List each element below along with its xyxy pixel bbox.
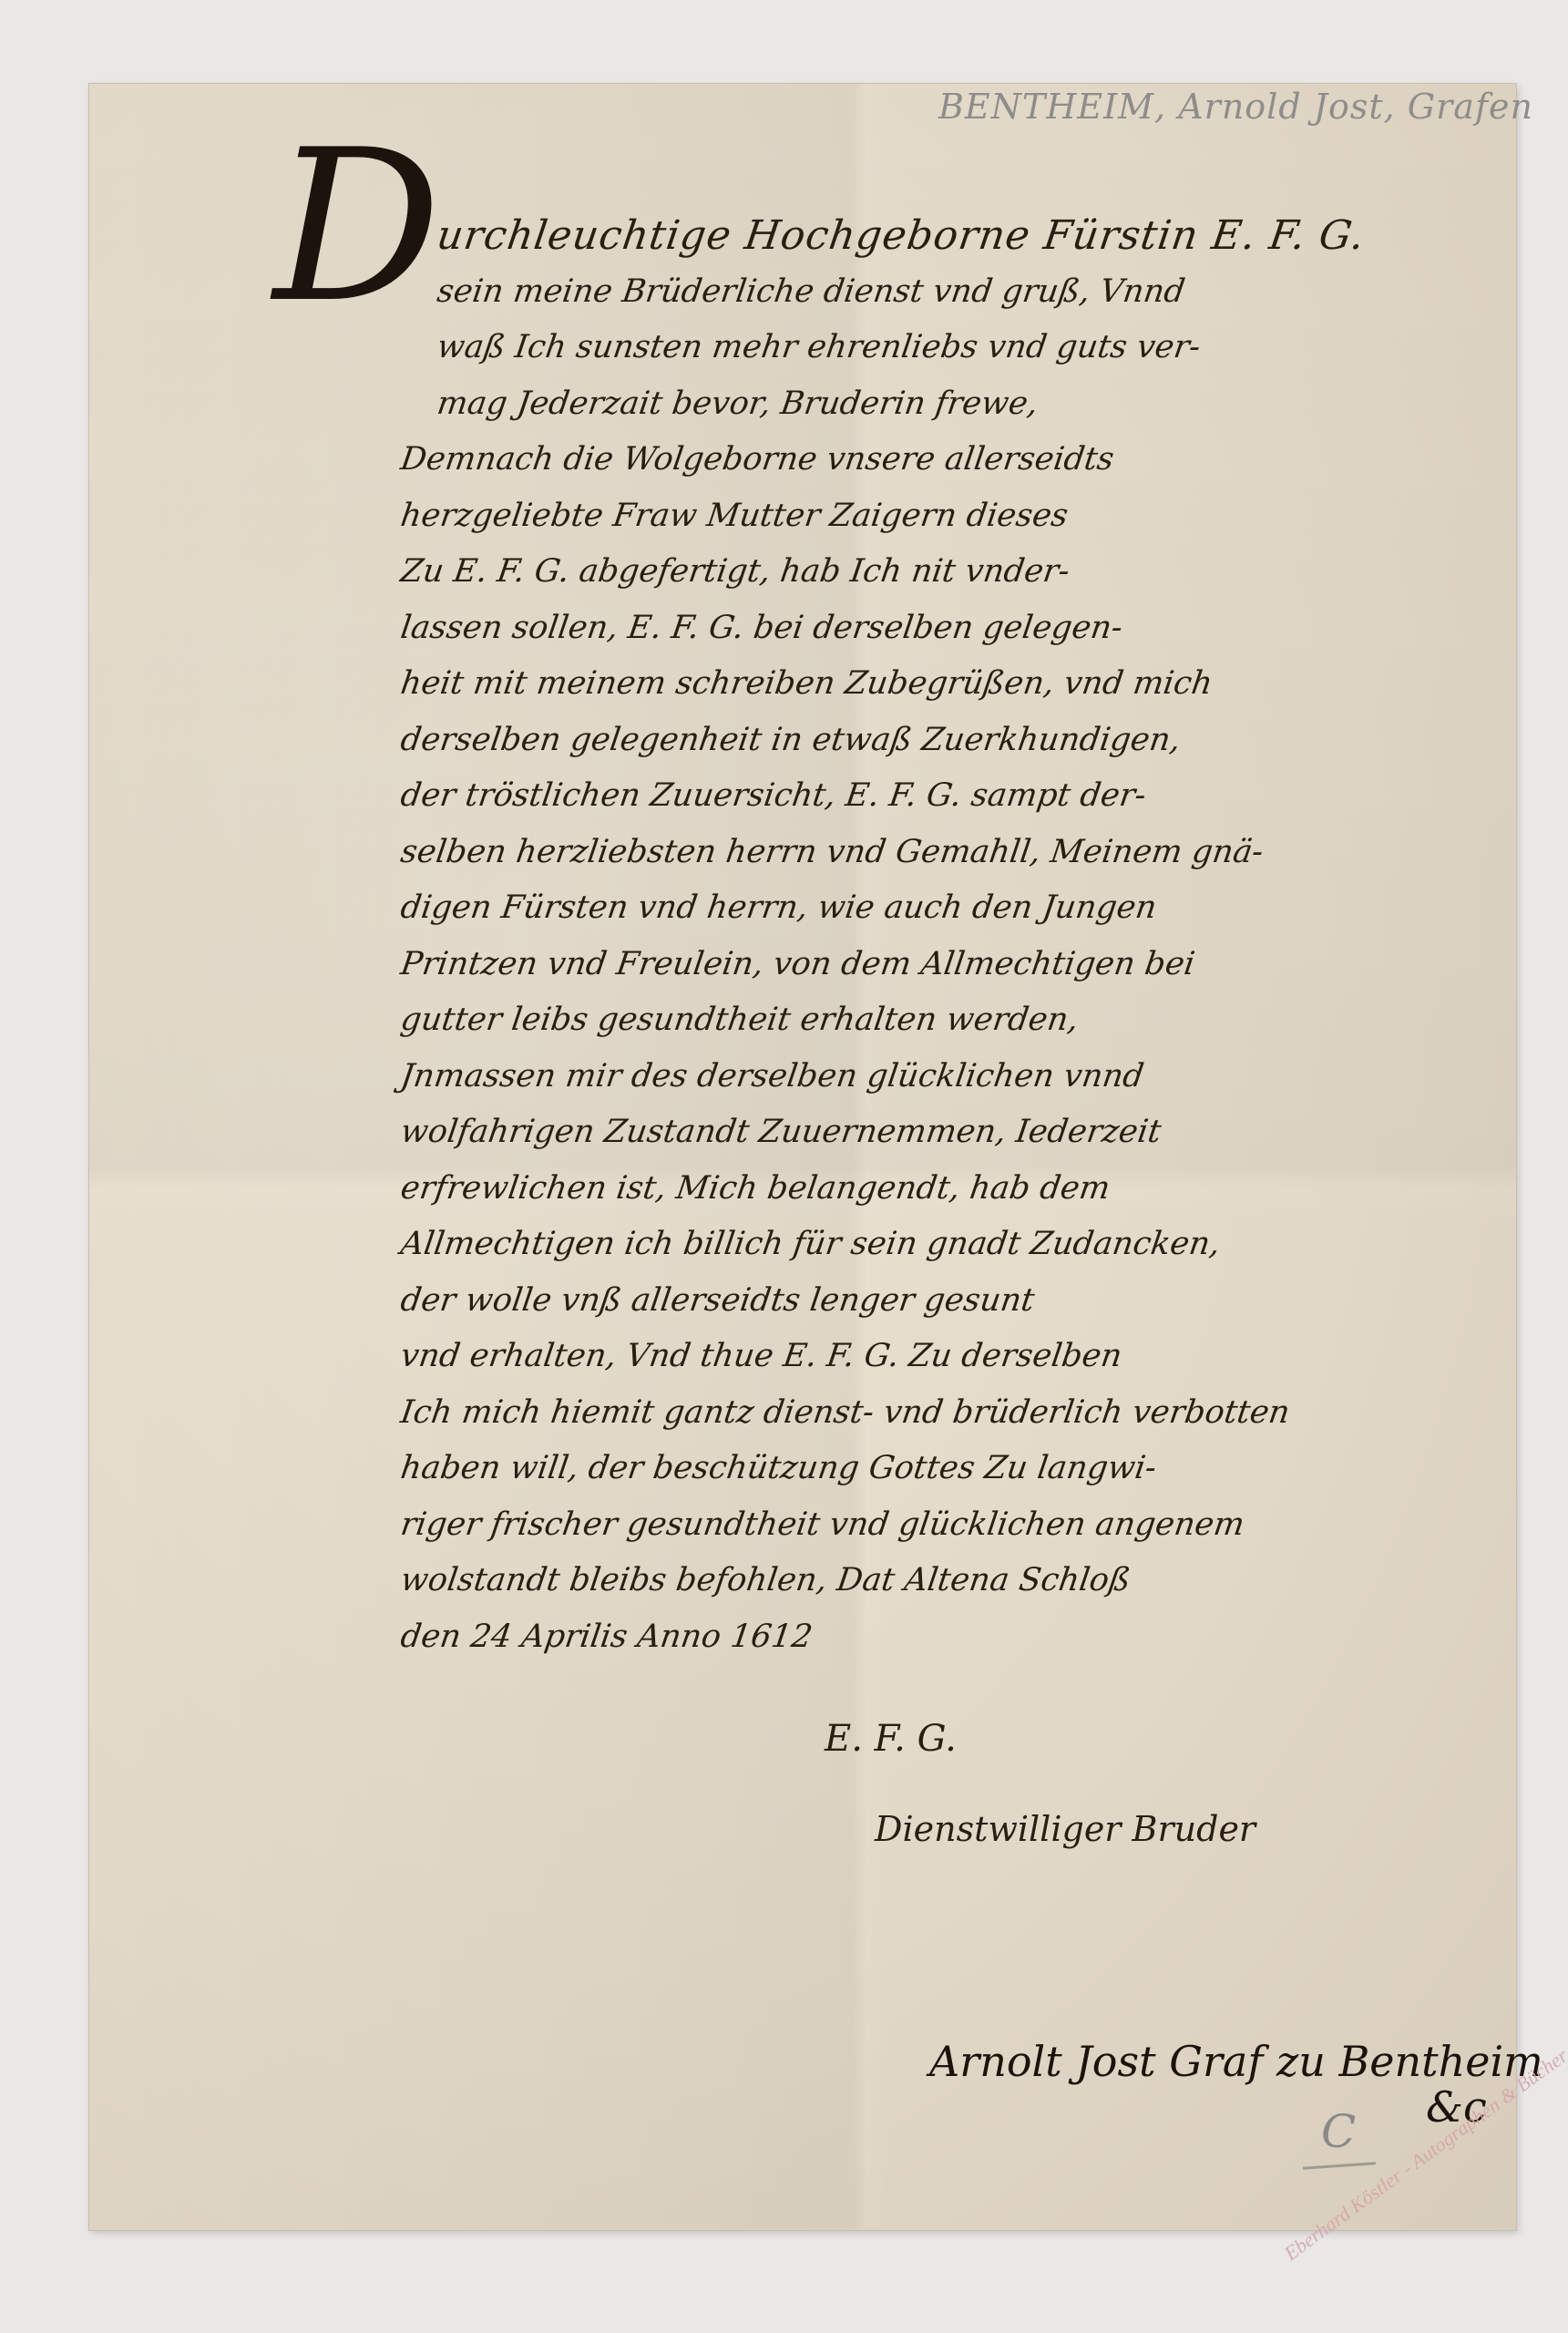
body-line: der wolle vnß allerseidts lenger gesunt [397, 1273, 1481, 1330]
body-line: haben will, der beschützung Gottes Zu la… [397, 1441, 1481, 1497]
body-line: sein meine Brüderliche dienst vnd gruß, … [434, 264, 1481, 321]
letter-body: urchleuchtige Hochgeborne Fürstin E. F. … [437, 208, 1476, 1665]
body-line: gutter leibs gesundtheit erhalten werden… [397, 992, 1481, 1049]
body-line: waß Ich sunsten mehr ehrenliebs vnd guts… [434, 320, 1481, 376]
body-line: Allmechtigen ich billich für sein gnadt … [397, 1217, 1481, 1273]
body-line: erfrewlichen ist, Mich belangendt, hab d… [397, 1161, 1481, 1218]
body-line: herzgeliebte Fraw Mutter Zaigern dieses [397, 488, 1481, 545]
body-line: Ich mich hiemit gantz dienst- vnd brüder… [397, 1385, 1481, 1442]
body-line: wolstandt bleibs befohlen, Dat Altena Sc… [397, 1553, 1481, 1609]
closing-phrase: Dienstwilliger Bruder [875, 1809, 1255, 1849]
body-line: Zu E. F. G. abgefertigt, hab Ich nit vnd… [397, 544, 1481, 601]
closing-abbrev: E. F. G. [825, 1718, 957, 1760]
body-line: derselben gelegenheit in etwaß Zuerkhund… [397, 713, 1481, 769]
body-line: lassen sollen, E. F. G. bei derselben ge… [397, 601, 1481, 657]
body-line: wolfahrigen Zustandt Zuuernemmen, Iederz… [397, 1105, 1481, 1161]
body-line: der tröstlichen Zuuersicht, E. F. G. sam… [397, 768, 1481, 825]
body-line: heit mit meinem schreiben Zubegrüßen, vn… [397, 656, 1481, 713]
pencil-mark: C [1321, 2105, 1356, 2158]
body-line: Demnach die Wolgeborne vnsere allerseidt… [397, 432, 1481, 488]
salutation-text: urchleuchtige Hochgeborne Fürstin [434, 212, 1202, 259]
drop-cap-letter: D [273, 123, 441, 333]
body-line: digen Fürsten vnd herrn, wie auch den Ju… [397, 880, 1481, 937]
pencil-annotation: BENTHEIM, Arnold Jost, Grafen [938, 87, 1533, 127]
body-line: Jnmassen mir des derselben glücklichen v… [397, 1049, 1481, 1105]
body-line: riger frischer gesundtheit vnd glücklich… [397, 1497, 1481, 1554]
signature: Arnolt Jost Graf zu Bentheim [929, 2037, 1543, 2086]
salutation-line: urchleuchtige Hochgeborne Fürstin E. F. … [434, 208, 1481, 264]
body-line: Printzen vnd Freulein, von dem Allmechti… [397, 937, 1481, 993]
body-line: selben herzliebsten herrn vnd Gemahll, M… [397, 825, 1481, 881]
salutation-abbrev: E. F. G. [1209, 212, 1368, 259]
body-line: vnd erhalten, Vnd thue E. F. G. Zu derse… [397, 1329, 1481, 1385]
date-line: den 24 Aprilis Anno 1612 [397, 1609, 1481, 1666]
body-line: mag Jederzait bevor, Bruderin frewe, [434, 376, 1481, 433]
